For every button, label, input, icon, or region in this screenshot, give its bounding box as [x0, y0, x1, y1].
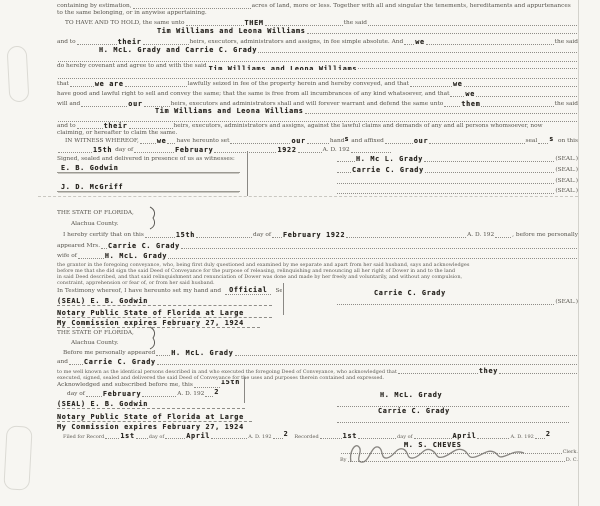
county-line-1: Alachua County. — [57, 219, 578, 228]
notary-signature-2: (SEAL) E. B. Godwin — [57, 399, 245, 409]
leader-dots — [424, 158, 554, 162]
leader-dots — [298, 149, 322, 153]
ack-sign-rule-2 — [336, 415, 570, 424]
typed-text: H. McL. Grady and Carrie C. Grady — [99, 47, 257, 54]
typed-text: our — [414, 138, 428, 145]
typed-text: Carrie C. Grady — [352, 167, 424, 174]
printed-text: A. D. 192 — [177, 392, 204, 398]
page-edge-line — [578, 0, 579, 506]
leader-dots — [346, 234, 466, 238]
printed-text: Alachua County. — [71, 341, 119, 347]
printed-text: (SEAL.) — [555, 168, 578, 174]
leader-dots — [429, 140, 524, 144]
leader-dots — [495, 234, 511, 238]
spacer — [57, 397, 67, 398]
leader-dots — [307, 30, 577, 34]
typed-text: 15th — [93, 147, 112, 154]
witness-signature-2: J. D. McGriff — [57, 182, 240, 192]
printed-text: day of — [67, 392, 85, 398]
state-heading-brace-2 — [149, 326, 158, 350]
testimony-line: In Testimony whereof, I have hereunto se… — [57, 286, 282, 295]
printed-text: Filed for Record — [63, 435, 104, 440]
deed-scan-page: containing by estimation,acres of land, … — [0, 0, 600, 506]
leader-dots — [337, 158, 355, 162]
certify-line: I hereby certify that on this15thday ofF… — [57, 230, 578, 239]
printed-text: that — [57, 82, 69, 88]
typed-text: we — [157, 138, 167, 145]
printed-text: (SEAL.) — [555, 189, 578, 195]
leader-dots — [464, 83, 577, 87]
state-heading-2: THE STATE OF FLORIDA, — [57, 328, 578, 337]
typed-text: our — [291, 138, 305, 145]
seal-signature-1: H. Mc L. Grady(SEAL.) — [336, 154, 578, 163]
lawful-right-line: have good and lawful right to sell and c… — [57, 89, 578, 98]
body-line-2: to the same belonging, or in anywise app… — [57, 8, 578, 17]
printed-text: , before me personally — [512, 233, 578, 239]
typed-text: Carrie C. Grady — [374, 290, 446, 297]
dower-paragraph-4: constraint, apprehension or fear of, or … — [57, 277, 578, 286]
notary-title-2: Notary Public State of Florida at Large — [57, 412, 252, 422]
leader-dots — [70, 83, 94, 87]
leader-dots — [205, 393, 213, 397]
printed-text: I hereby certify that on this — [63, 233, 144, 239]
typed-text: 15th — [176, 232, 195, 239]
printed-text: A. D. 192 — [467, 233, 494, 239]
typed-text: 15th — [221, 380, 240, 386]
document-text-area: containing by estimation,acres of land, … — [0, 0, 600, 506]
typed-text: Carrie C. Grady — [84, 359, 156, 366]
notary-commission-2: My Commission expires February 27, 1924 — [57, 422, 250, 431]
seal-line-4: (SEAL.) — [336, 186, 578, 195]
typed-text: s — [549, 136, 554, 143]
typed-text: H. McL. Grady — [380, 392, 442, 399]
typed-text: we — [465, 91, 475, 98]
seal-line-3: (SEAL.) — [336, 176, 578, 185]
leader-dots — [337, 190, 554, 194]
typed-text: Notary Public State of Florida at Large — [57, 414, 244, 421]
leader-dots — [86, 393, 102, 397]
seal-signature-2: Carrie C. Grady(SEAL.) — [336, 165, 578, 174]
leader-dots — [272, 234, 282, 238]
leader-dots — [476, 93, 577, 97]
spacer — [57, 346, 71, 347]
typed-text: J. D. McGriff — [61, 184, 123, 191]
appeared-line: appeared Mrs.Carrie C. Grady — [57, 241, 578, 250]
typed-text: February — [103, 391, 141, 398]
typed-text: H. McL. Grady — [171, 350, 233, 357]
typed-text: February 1922 — [283, 232, 345, 239]
leader-dots — [194, 384, 220, 388]
typed-text: Official — [225, 287, 271, 295]
grantor-names: H. McL. Grady and Carrie C. Grady — [57, 45, 578, 54]
leader-dots — [320, 435, 342, 439]
typed-text: H. Mc L. Grady — [356, 156, 423, 163]
witness-whereof-line: IN WITNESS WHEREOF,wehave hereunto setou… — [57, 136, 578, 145]
dower-seal-line: (SEAL.) — [336, 297, 578, 306]
printed-text: Alachua County. — [71, 222, 119, 228]
ack-date-line: day ofFebruaryA. D. 1922 — [57, 389, 240, 398]
typed-text: s — [344, 136, 349, 143]
leader-dots — [105, 435, 119, 439]
printed-text: A. D. 192 — [248, 435, 271, 440]
printed-text: do hereby covenant and agree to and with… — [57, 64, 207, 70]
printed-text: Recorded — [294, 435, 318, 440]
and-line: andCarrie C. Grady — [57, 357, 578, 366]
leader-dots — [125, 83, 187, 87]
leader-dots — [140, 140, 156, 144]
typed-text: 1922 — [277, 147, 296, 154]
leader-dots — [101, 245, 107, 249]
witness-column-divider-line — [247, 151, 248, 196]
punch-hole-mark-bottom — [3, 425, 32, 490]
state-heading-1: THE STATE OF FLORIDA, — [57, 208, 578, 217]
printed-text: have good and lawful right to sell and c… — [57, 92, 449, 98]
leader-dots — [307, 140, 329, 144]
leader-dots — [425, 169, 555, 173]
leader-dots — [167, 140, 175, 144]
leader-dots — [351, 149, 391, 153]
printed-text: (SEAL.) — [555, 157, 578, 163]
leader-dots — [196, 234, 252, 238]
leader-dots — [235, 352, 577, 356]
typed-text: My Commission expires February 27, 1924 — [57, 424, 244, 431]
testimony-bracket-line — [283, 283, 284, 315]
typed-text: Carrie C. Grady — [378, 408, 450, 415]
leader-dots — [258, 49, 577, 53]
printed-text: THE STATE OF FLORIDA, — [57, 211, 134, 217]
printed-text: day of — [149, 435, 164, 440]
leader-dots — [535, 435, 545, 439]
printed-text: (SEAL.) — [555, 300, 578, 306]
leader-dots — [165, 435, 185, 439]
printed-text: By — [340, 458, 347, 463]
section-separator-line — [38, 196, 578, 197]
witness-caption: Signed, sealed and delivered in presence… — [57, 154, 330, 163]
leader-dots — [538, 140, 548, 144]
ack-signature-2: Carrie C. Grady — [340, 406, 560, 415]
leader-dots — [337, 180, 554, 184]
leader-dots — [358, 65, 577, 69]
typed-text: we are — [95, 81, 124, 88]
ack-signature-1: H. McL. Grady — [340, 390, 560, 399]
leader-dots — [181, 245, 577, 249]
printed-text: D. C. — [566, 458, 578, 463]
printed-text: Seal — [275, 289, 282, 295]
typed-text: 2 — [546, 431, 551, 438]
witness-signature-1: E. B. Godwin — [57, 163, 240, 173]
leader-dots — [230, 140, 290, 144]
leader-dots — [214, 149, 276, 153]
leader-dots — [145, 234, 175, 238]
covenant-line: do hereby covenant and agree to and with… — [57, 61, 578, 70]
leader-dots — [156, 352, 170, 356]
notary-title-1: Notary Public State of Florida at Large — [57, 308, 272, 318]
clerk-signature-scrawl — [348, 438, 533, 470]
printed-text: THE STATE OF FLORIDA, — [57, 331, 134, 337]
leader-dots — [337, 301, 554, 305]
spacer — [57, 227, 71, 228]
printed-text: to the same belonging, or in anywise app… — [57, 11, 207, 17]
punch-hole-mark-top — [7, 46, 30, 103]
dower-signature: Carrie C. Grady — [340, 288, 560, 297]
typed-text: Carrie C. Grady — [108, 243, 180, 250]
leader-dots — [450, 93, 464, 97]
typed-text: April — [186, 433, 210, 440]
spacer — [57, 34, 157, 35]
leader-dots — [211, 435, 247, 439]
leader-dots — [273, 435, 283, 439]
leader-dots — [337, 169, 351, 173]
leader-dots — [136, 435, 148, 439]
typed-text: (SEAL) E. B. Godwin — [57, 401, 148, 408]
grantee-names-1: Tim Williams and Leona Williams — [57, 26, 578, 35]
leader-dots — [134, 149, 174, 153]
leader-dots — [142, 393, 176, 397]
notary-signature-1: (SEAL) E. B. Godwin — [57, 296, 272, 306]
state-heading-brace-1 — [149, 206, 158, 230]
printed-text: In Testimony whereof, I have hereunto se… — [57, 289, 221, 295]
typed-text: Tim Williams and Leona Williams — [209, 66, 358, 70]
acknowledged-line: Acknowledged and subscribed before me, t… — [57, 380, 240, 389]
leader-dots — [410, 83, 452, 87]
seized-line: thatwe arelawfully seized in fee of the … — [57, 79, 578, 88]
typed-text: Notary Public State of Florida at Large — [57, 310, 244, 317]
typed-text: (SEAL) E. B. Godwin — [57, 298, 148, 305]
typed-text: Tim Williams and Leona Williams — [157, 28, 306, 35]
typed-text: we — [453, 81, 463, 88]
printed-text: appeared Mrs. — [57, 244, 100, 250]
leader-dots — [58, 149, 92, 153]
acknowledged-bracket-line — [244, 377, 245, 403]
leader-dots — [337, 419, 569, 423]
typed-text: 2 — [284, 431, 289, 438]
leader-dots — [157, 361, 577, 365]
typed-text: 1st — [120, 433, 134, 440]
printed-text: day of — [253, 233, 271, 239]
printed-text: lawfully seized in fee of the property h… — [188, 82, 409, 88]
notary-commission-1: My Commission expires February 27, 1924 — [57, 318, 260, 328]
leader-dots — [385, 140, 413, 144]
county-line-2: Alachua County. — [57, 338, 578, 347]
appeared-line-2: Before me personally appearedH. McL. Gra… — [57, 348, 578, 357]
execution-date-line: 15thday ofFebruary1922A. D. 192 — [57, 145, 578, 154]
typed-text: 2 — [214, 389, 219, 396]
typed-text: E. B. Godwin — [61, 165, 119, 172]
typed-text: February — [175, 147, 213, 154]
printed-text: (SEAL.) — [555, 179, 578, 185]
leader-dots — [69, 361, 83, 365]
